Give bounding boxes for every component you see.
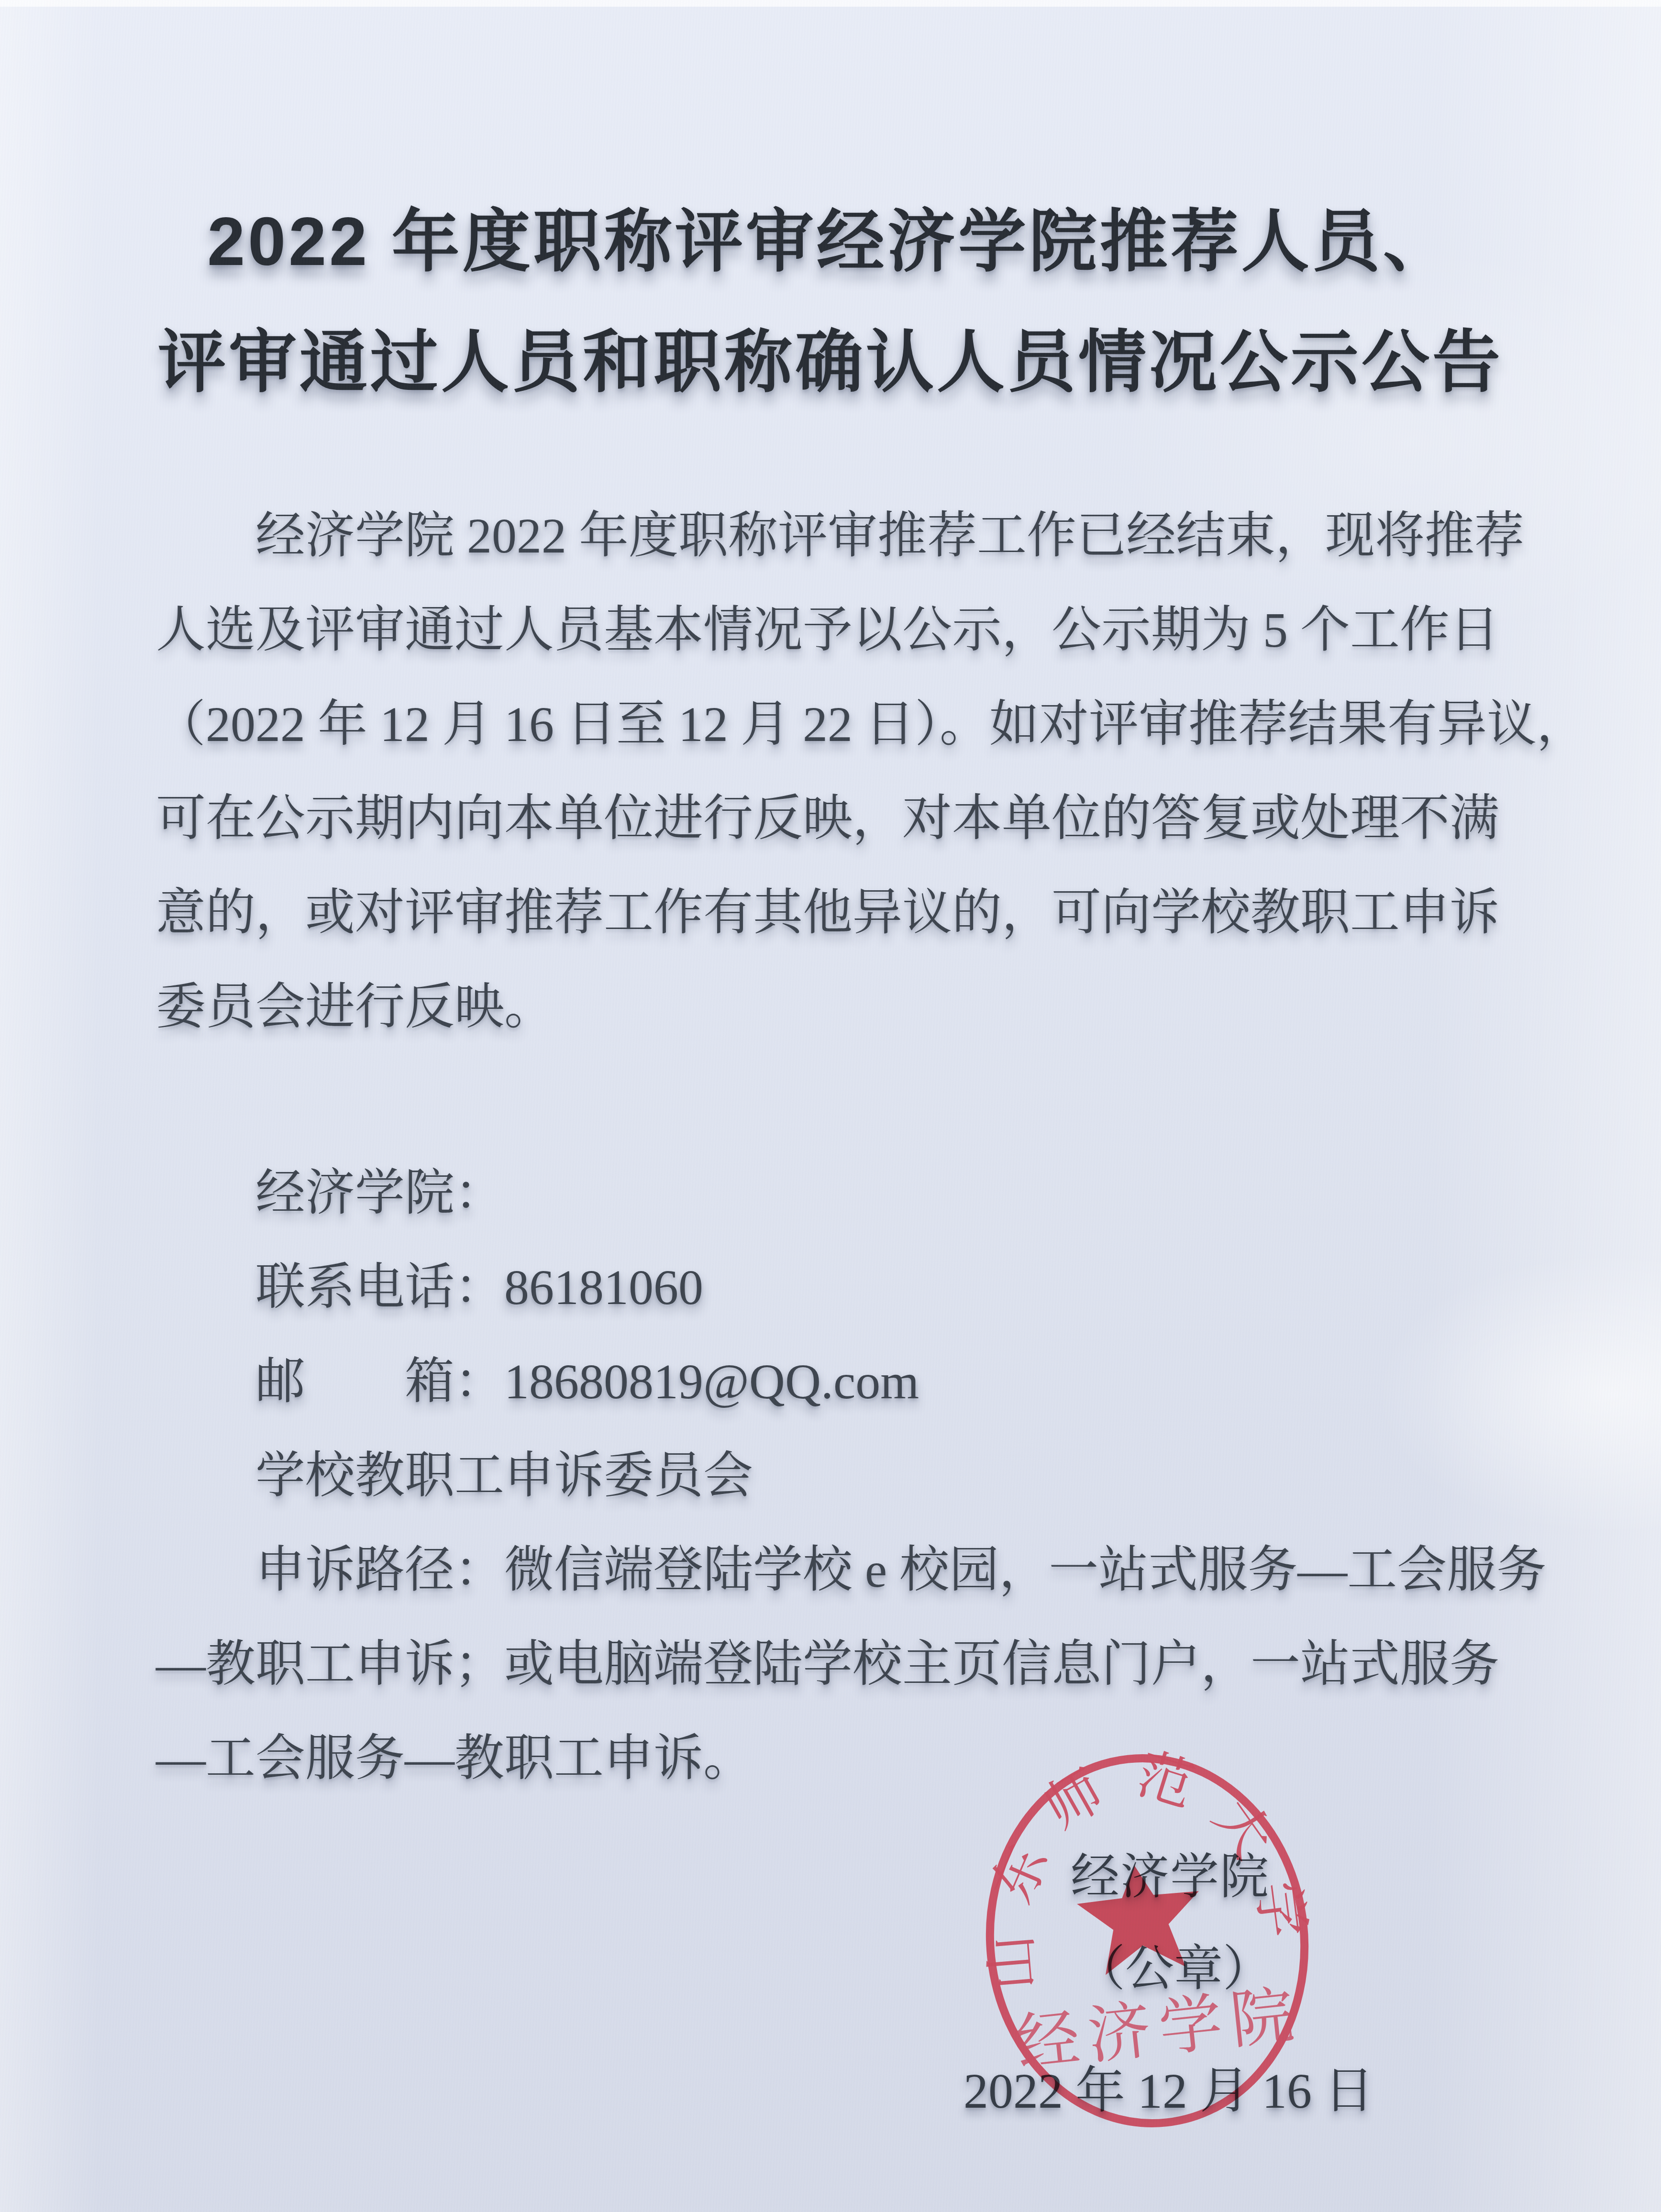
paragraph-line: 委员会进行反映。 [156,960,1508,1054]
contact-line-committee: 学校教职工申诉委员会 [156,1429,1508,1523]
contact-line-email: 邮 箱：18680819@QQ.com [156,1335,1508,1429]
main-paragraph: 经济学院 2022 年度职称评审推荐工作已经结束，现将推荐 人选及评审通过人员基… [156,489,1508,1054]
document-title: 2022 年度职称评审经济学院推荐人员、 评审通过人员和职称确认人员情况公示公告 [0,182,1661,423]
paragraph-line: 意的，或对评审推荐工作有其他异议的，可向学校教职工申诉 [156,866,1508,960]
appeal-path-line: —教职工申诉；或电脑端登陆学校主页信息门户，一站式服务 [156,1617,1508,1712]
paragraph-line: （2022 年 12 月 16 日至 12 月 22 日）。如对评审推荐结果有异… [156,677,1508,772]
title-line-1: 2022 年度职称评审经济学院推荐人员、 [0,182,1661,302]
paragraph-line: 人选及评审通过人员基本情况予以公示，公示期为 5 个工作日 [156,583,1508,677]
star-icon [1074,1859,1207,1978]
appeal-path-line: 申诉路径：微信端登陆学校 e 校园，一站式服务—工会服务 [156,1523,1508,1617]
paragraph-line: 经济学院 2022 年度职称评审推荐工作已经结束，现将推荐 [156,489,1508,583]
document-photo: 2022 年度职称评审经济学院推荐人员、 评审通过人员和职称确认人员情况公示公告… [0,0,1661,2212]
contact-block: 经济学院： 联系电话：86181060 邮 箱：18680819@QQ.com … [156,1146,1508,1806]
contact-line-college: 经济学院： [156,1146,1508,1240]
paragraph-line: 可在公示期内向本单位进行反映，对本单位的答复或处理不满 [156,772,1508,866]
official-seal: 山东师范大学 经济学院 [957,1732,1378,2191]
title-line-2: 评审通过人员和职称确认人员情况公示公告 [0,302,1661,423]
seal-arc-text: 山东师范大学 [961,1732,1317,1994]
contact-line-phone: 联系电话：86181060 [156,1240,1508,1335]
